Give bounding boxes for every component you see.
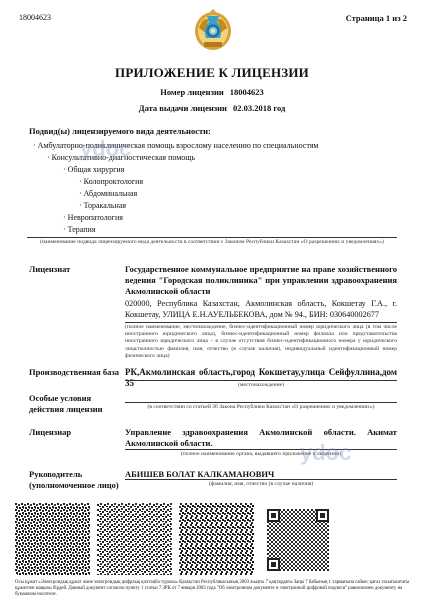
document-number: 18004623 (19, 13, 51, 22)
licensor-note: (полное наименование органа, выдавшего п… (125, 451, 397, 458)
license-date-value: 02.03.2018 год (233, 103, 285, 113)
datamatrix-code-icon (179, 503, 254, 575)
kazakhstan-coat-of-arms-icon (193, 8, 233, 54)
qr-code-icon (267, 509, 329, 571)
divider (125, 449, 397, 450)
divider (125, 322, 397, 323)
special-conditions-note: (в соответствии со статьей 36 Закона Рес… (125, 404, 397, 411)
subtype-item: ·Общая хирургия (63, 165, 124, 174)
licensee-address: 020000, Республика Казахстан, Акмолинска… (125, 298, 397, 320)
licensee-note: (полное наименование, местонахождение, б… (125, 324, 397, 360)
legal-footer: Осы құжат «Электрондық құжат және электр… (15, 580, 410, 598)
divider (125, 380, 397, 381)
subtype-item: ·Колопроктология (79, 177, 143, 186)
license-date-row: Дата выдачи лицензии02.03.2018 год (0, 103, 424, 113)
subtype-item: ·Невропатология (63, 213, 123, 222)
licensee-label: Лицензиат (29, 264, 70, 275)
license-number-value: 18004623 (230, 87, 264, 97)
divider (125, 479, 397, 480)
production-base-note: (местонахождение) (125, 382, 397, 389)
license-number-row: Номер лицензии18004623 (0, 87, 424, 97)
special-conditions-value-line (125, 402, 397, 403)
licensor-label: Лицензиар (29, 427, 71, 438)
license-number-label: Номер лицензии (160, 87, 224, 97)
divider (27, 237, 397, 238)
license-date-label: Дата выдачи лицензии (139, 103, 227, 113)
subtypes-heading: Подвид(ы) лицензируемого вида деятельнос… (29, 126, 211, 136)
datamatrix-code-icon (97, 503, 172, 575)
document-title: ПРИЛОЖЕНИЕ К ЛИЦЕНЗИИ (0, 65, 424, 81)
head-note: (фамилия, имя, отчество (в случае наличи… (125, 481, 397, 488)
head-label: Руководитель (уполномоченное лицо) (29, 469, 119, 491)
subtype-item: ·Терапия (63, 225, 96, 234)
subtype-item: ·Абдоминальная (79, 189, 137, 198)
licensor-value: Управление здравоохранения Акмолинской о… (125, 427, 397, 449)
subtype-item: ·Амбулаторно-поликлиническая помощь взро… (33, 141, 318, 150)
subtype-item: ·Торакальная (79, 201, 126, 210)
special-conditions-label: Особые условия действия лицензии (29, 393, 103, 415)
licensee-name: Государственное коммунальное предприятие… (125, 264, 397, 297)
datamatrix-code-icon (15, 503, 90, 575)
page-indicator: Страница 1 из 2 (346, 13, 407, 23)
watermark: ydoc (300, 440, 351, 466)
production-base-label: Производственная база (29, 367, 119, 378)
watermark: ydoc (80, 136, 131, 162)
subtypes-note: (наименование подвида лицензируемого вид… (27, 239, 397, 246)
